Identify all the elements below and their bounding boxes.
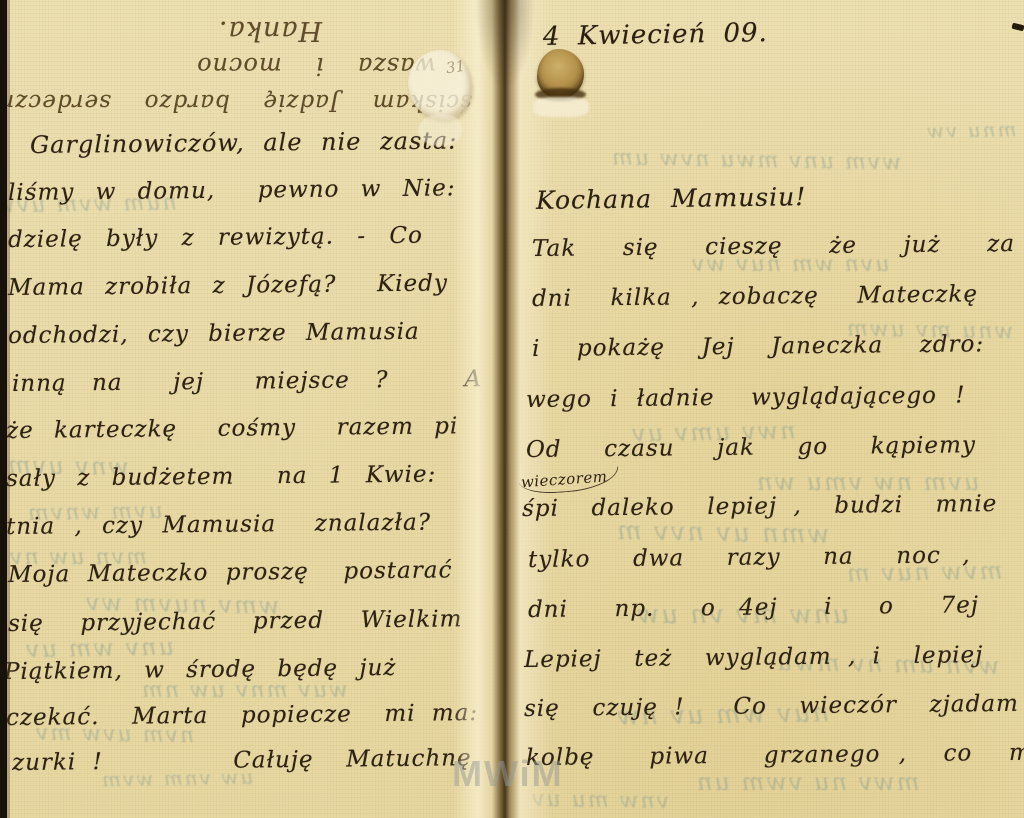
scan-edge (0, 0, 7, 818)
handwritten-line: się czuję ! Co wieczór zjadam (524, 691, 1019, 722)
handwritten-line: dni np. o 4ej i o 7ej - (528, 592, 1024, 623)
museum-watermark: MWiM (452, 753, 564, 795)
handwritten-line: Tak się cieszę że już za (532, 231, 1015, 262)
handwritten-line: śpi daleko lepiej , budzi mnie (522, 491, 998, 522)
handwritten-line: kolbę piwa grzanego , co mi (526, 740, 1024, 771)
handwritten-line: Od czasu jak go kąpiemy (526, 432, 976, 463)
handwritten-line: Lepiej też wyglądam , i lepiej (524, 642, 984, 673)
letter-page-right: Tak się cieszę że już zadni kilka , zoba… (0, 0, 1024, 818)
handwritten-line: wego i ładnie wyglądającego ! (526, 382, 966, 413)
handwritten-line: i pokażę Jej Janeczka zdro: (532, 331, 984, 362)
handwritten-line: tylko dwa razy na noc , (528, 542, 971, 573)
letter-scan: num wvm uvwwnv uvmuvm wnvmmvn uw nvwmv n… (0, 0, 1024, 818)
handwritten-line: dni kilka , zobaczę Mateczkę (532, 281, 978, 312)
